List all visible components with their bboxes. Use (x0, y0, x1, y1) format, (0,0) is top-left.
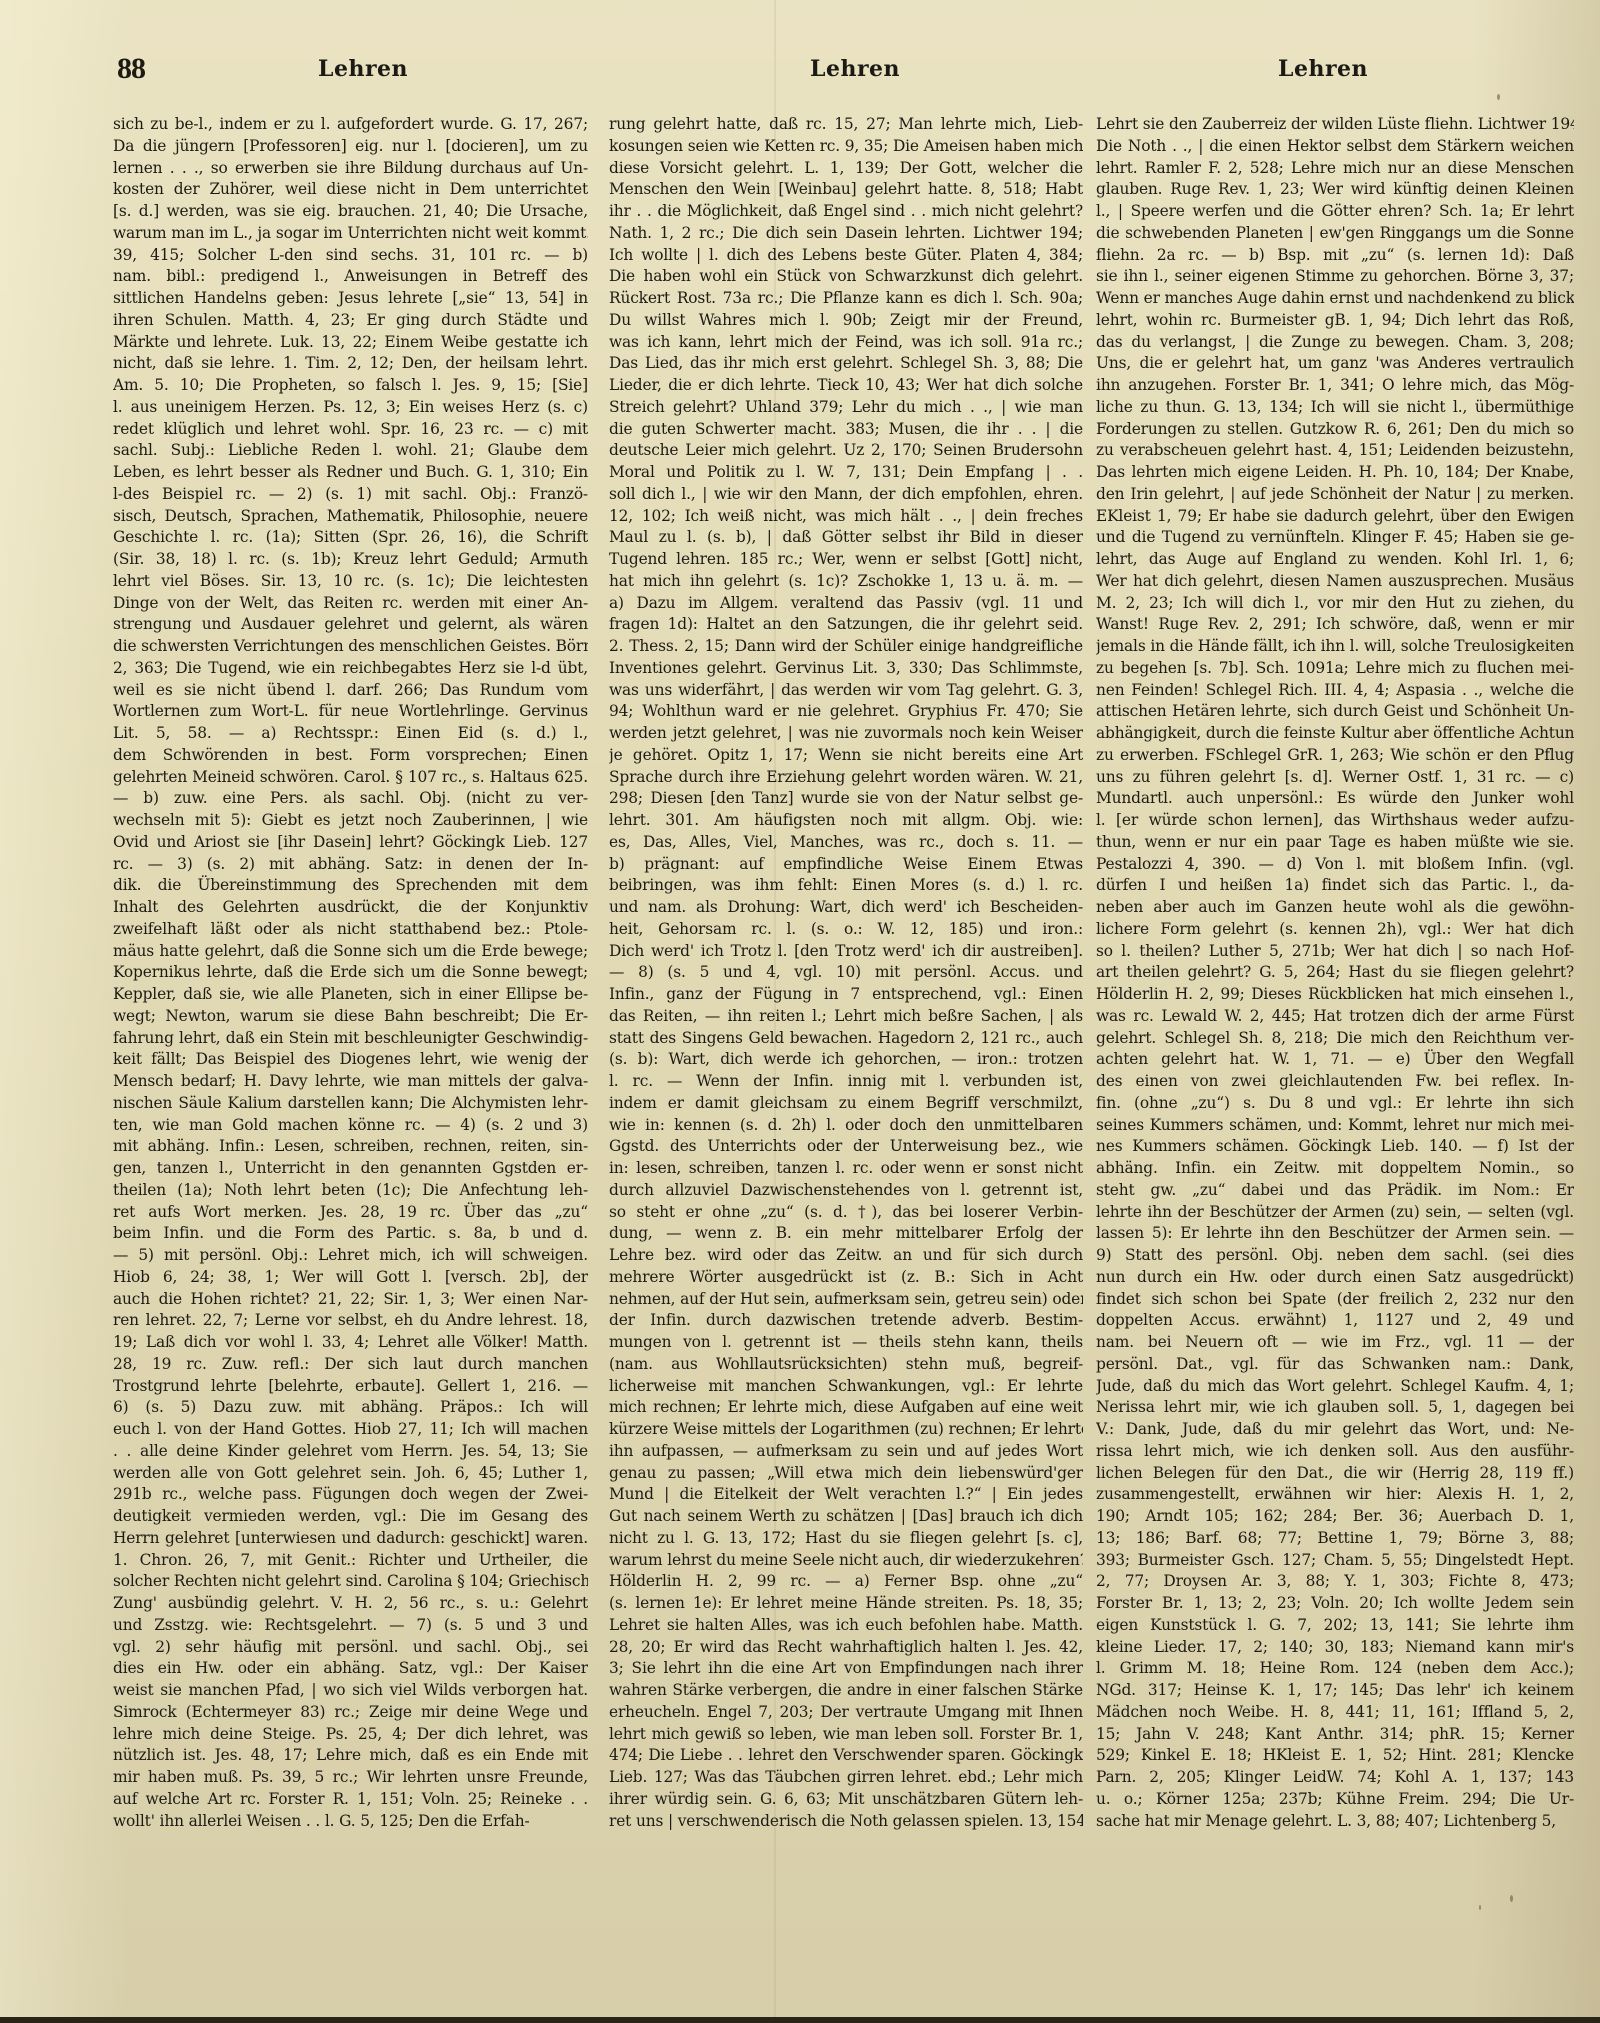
text-line: Da die jüngern [Professoren] eig. nur l.… (113, 136, 588, 158)
text-line: 12, 102; Ich weiß nicht, was mich hält .… (609, 506, 1083, 528)
text-line: 298; Diesen [den Tanz] wurde sie von der… (609, 788, 1083, 810)
text-line: nam. bibl.: predigend l., Anweisungen in… (113, 266, 588, 288)
text-line: doppelten Accus. erwähnt) 1, 1127 und 2,… (1096, 1310, 1574, 1332)
text-line: ten, wie man Gold machen könne rc. — 4) … (113, 1115, 588, 1137)
text-column-2: rung gelehrt hatte, daß rc. 15, 27; Man … (609, 114, 1083, 1832)
text-line: mungen von l. getrennt ist — theils steh… (609, 1332, 1083, 1354)
text-line: die guten Schwerter macht. 383; Musen, d… (609, 419, 1083, 441)
dictionary-page: 88 Lehren Lehren Lehren sich zu be-l., i… (0, 0, 1600, 2023)
page-number: 88 (117, 52, 145, 86)
text-line: die schwebenden Planeten | ew'gen Ringga… (1096, 223, 1574, 245)
text-line: steht gw. „zu“ dabei und das Prädik. im … (1096, 1180, 1574, 1202)
text-line: lehre mich deine Steige. Ps. 25, 4; Der … (113, 1724, 588, 1746)
text-line: beim Infin. und die Form des Partic. s. … (113, 1223, 588, 1245)
text-line: Lehre bez. wird oder das Zeitw. an und f… (609, 1245, 1083, 1267)
text-line: 6) (s. 5) Dazu zuw. mit abhäng. Präpos.:… (113, 1397, 588, 1419)
text-line: rissa lehrt mich, wie ich denken soll. A… (1096, 1441, 1574, 1463)
text-line: Mensch bedarf; H. Davy lehrte, wie man m… (113, 1071, 588, 1093)
text-line: sachl. Subj.: Liebliche Reden l. wohl. 2… (113, 440, 588, 462)
text-line: — b) zuw. eine Pers. als sachl. Obj. (ni… (113, 788, 588, 810)
text-line: Hölderlin H. 2, 99 rc. — a) Ferner Bsp. … (609, 1571, 1083, 1593)
text-line: lassen 5): Er lehrte ihn den Beschützer … (1096, 1223, 1574, 1245)
text-line: 3; Sie lehrt ihn die eine Art von Empfin… (609, 1658, 1083, 1680)
text-line: (s. b): Wart, dich werde ich gehorchen, … (609, 1049, 1083, 1071)
text-line: l., | Speere werfen und die Götter ehren… (1096, 201, 1574, 223)
text-line: Dinge von der Welt, das Reiten rc. werde… (113, 593, 588, 615)
text-line: lichere Form gelehrt (s. kennen 2h), vgl… (1096, 919, 1574, 941)
text-line: fahrung lehrt, daß ein Stein mit beschle… (113, 1028, 588, 1050)
text-line: wollt' ihn allerlei Weisen . . l. G. 5, … (113, 1811, 588, 1833)
text-line: Wenn er manches Auge dahin ernst und nac… (1096, 288, 1574, 310)
text-line: den Irin gelehrt, | auf jede Schönheit d… (1096, 484, 1574, 506)
text-line: 2, 363; Die Tugend, wie ein reichbegabte… (113, 658, 588, 680)
text-line: lehrt. 301. Am häufigsten noch mit allgm… (609, 810, 1083, 832)
text-line: l. Grimm M. 18; Heine Rom. 124 (neben de… (1096, 1658, 1574, 1680)
text-line: erheucheln. Engel 7, 203; Der vertraute … (609, 1702, 1083, 1724)
text-line: eigen Kunststück l. G. 7, 202; 13, 141; … (1096, 1615, 1574, 1637)
text-line: 28, 19 rc. Zuw. refl.: Der sich laut dur… (113, 1354, 588, 1376)
text-line: redet klüglich und lehret wohl. Spr. 16,… (113, 419, 588, 441)
text-line: 19; Laß dich vor wohl l. 33, 4; Lehret a… (113, 1332, 588, 1354)
text-line: (s. lernen 1e): Er lehret meine Hände st… (609, 1593, 1083, 1615)
text-line: zu begehen [s. 7b]. Sch. 1091a; Lehre mi… (1096, 658, 1574, 680)
text-line: . . alle deine Kinder gelehret vom Herrn… (113, 1441, 588, 1463)
text-line: je gehöret. Opitz 1, 17; Wenn sie nicht … (609, 745, 1083, 767)
text-line: sisch, Deutsch, Sprachen, Mathematik, Ph… (113, 506, 588, 528)
text-line: NGd. 317; Heinse K. 1, 17; 145; Das lehr… (1096, 1680, 1574, 1702)
text-line: sache hat mir Menage gelehrt. L. 3, 88; … (1096, 1811, 1574, 1833)
text-line: dung, — wenn z. B. ein mehr mittelbarer … (609, 1223, 1083, 1245)
text-line: nicht, daß sie lehre. 1. Tim. 2, 12; Den… (113, 353, 588, 375)
text-line: genau zu passen; „Will etwa mich dein li… (609, 1463, 1083, 1485)
text-line: ret aufs Wort merken. Jes. 28, 19 rc. Üb… (113, 1202, 588, 1224)
text-line: Lehret sie halten Alles, was ich euch be… (609, 1615, 1083, 1637)
text-line: nam. bei Neuern oft — wie im Frz., vgl. … (1096, 1332, 1574, 1354)
text-line: Das Lied, das ihr mich erst gelehrt. Sch… (609, 353, 1083, 375)
text-line: dik. die Übereinstimmung des Sprechenden… (113, 875, 588, 897)
text-line: Leben, es lehrt besser als Redner und Bu… (113, 462, 588, 484)
text-line: seines Kummers schämen, und: Kommt, lehr… (1096, 1115, 1574, 1137)
text-line: nun durch ein Hw. oder durch einen Satz … (1096, 1267, 1574, 1289)
text-line: auf welche Art rc. Forster R. 1, 151; Vo… (113, 1789, 588, 1811)
text-line: des einen von zwei gleichlautenden Fw. b… (1096, 1071, 1574, 1093)
text-line: lehrt, das Auge auf England zu wenden. K… (1096, 549, 1574, 571)
running-head-center: Lehren (810, 56, 900, 82)
text-line: Kopernikus lehrte, daß die Erde sich um … (113, 962, 588, 984)
text-line: werden jetzt gelehret, | was nie zuvorma… (609, 723, 1083, 745)
text-line: neben aber auch im Ganzen heute wohl als… (1096, 897, 1574, 919)
text-line: l-des Beispiel rc. — 2) (s. 1) mit sachl… (113, 484, 588, 506)
text-line: Maul zu l. (s. b), | daß Götter selbst i… (609, 527, 1083, 549)
text-line: Geschichte l. rc. (1a); Sitten (Spr. 26,… (113, 527, 588, 549)
text-line: zu verabscheuen gelehrt hast. 4, 151; Le… (1096, 440, 1574, 462)
text-line: es, Das, Alles, Viel, Manches, was rc., … (609, 832, 1083, 854)
text-line: Herrn gelehret [unterwiesen und dadurch:… (113, 1528, 588, 1550)
text-line: Sprache durch ihre Erziehung gelehrt wor… (609, 767, 1083, 789)
text-line: mehrere Wörter ausgedrückt ist (z. B.: S… (609, 1267, 1083, 1289)
text-line: sich zu be-l., indem er zu l. aufgeforde… (113, 114, 588, 136)
text-line: findet sich schon bei Spate (der freilic… (1096, 1289, 1574, 1311)
text-line: Dich werd' ich Trotz l. [den Trotz werd'… (609, 941, 1083, 963)
text-line: deutigkeit vermieden werden, vgl.: Die i… (113, 1506, 588, 1528)
paper-speck (1479, 1905, 1481, 1910)
text-line: 1. Chron. 26, 7, mit Genit.: Richter und… (113, 1550, 588, 1572)
text-line: M. 2, 23; Ich will dich l., vor mir den … (1096, 593, 1574, 615)
text-line: Die Noth . ., | die einen Hektor selbst … (1096, 136, 1574, 158)
text-line: [s. d.] werden, was sie eig. brauchen. 2… (113, 201, 588, 223)
text-line: werden alle von Gott gelehret sein. Joh.… (113, 1463, 588, 1485)
page-bottom-edge (0, 2017, 1600, 2023)
text-line: Du willst Wahres mich l. 90b; Zeigt mir … (609, 310, 1083, 332)
text-column-1: sich zu be-l., indem er zu l. aufgeforde… (113, 114, 588, 1832)
text-line: 291b rc., welche pass. Fügungen doch weg… (113, 1484, 588, 1506)
text-line: Forderungen zu stellen. Gutzkow R. 6, 26… (1096, 419, 1574, 441)
text-line: (nam. aus Wohllautsrücksichten) stehn mu… (609, 1354, 1083, 1376)
text-line: Menschen den Wein [Weinbau] gelehrt hatt… (609, 179, 1083, 201)
text-line: Hiob 6, 24; 38, 1; Wer will Gott l. [ver… (113, 1267, 588, 1289)
text-line: Parn. 2, 205; Klinger LeidW. 74; Kohl A.… (1096, 1767, 1574, 1789)
text-line: gelehrten Meineid schwören. Carol. § 107… (113, 767, 588, 789)
paper-speck (1497, 94, 1500, 100)
text-line: mich rechnen; Er lehrte mich, diese Aufg… (609, 1397, 1083, 1419)
text-line: thun, wenn er nur ein paar Tage es haben… (1096, 832, 1574, 854)
text-line: Am. 5. 10; Die Propheten, so falsch l. J… (113, 375, 588, 397)
text-line: wahren Stärke verbergen, die andre in ei… (609, 1680, 1083, 1702)
text-line: ihn anzugehen. Forster Br. 1, 341; O leh… (1096, 375, 1574, 397)
text-line: lehrt. Ramler F. 2, 528; Lehre mich nur … (1096, 158, 1574, 180)
text-line: sittlichen Handelns geben: Jesus lehrete… (113, 288, 588, 310)
text-line: Streich gelehrt? Uhland 379; Lehr du mic… (609, 397, 1083, 419)
text-line: 15; Jahn V. 248; Kant Anthr. 314; phR. 1… (1096, 1724, 1574, 1746)
paper-speck (1510, 1895, 1513, 1902)
text-line: nützlich ist. Jes. 48, 17; Lehre mich, d… (113, 1745, 588, 1767)
text-line: lehrte ihn der Beschützer der Armen (zu)… (1096, 1202, 1574, 1224)
text-line: ren lehret. 22, 7; Lerne vor selbst, eh … (113, 1310, 588, 1332)
text-line: ihren Schulen. Matth. 4, 23; Er ging dur… (113, 310, 588, 332)
text-line: statt des Singens Geld bewachen. Hagedor… (609, 1028, 1083, 1050)
text-line: Ich wollte | l. dich des Lebens beste Gü… (609, 245, 1083, 267)
text-line: deutsche Leier mich gelehrt. Uz 2, 170; … (609, 440, 1083, 462)
text-line: Hölderlin H. 2, 99; Dieses Rückblicken h… (1096, 984, 1574, 1006)
text-line: ihrer würdig sein. G. 6, 63; Mit unschät… (609, 1789, 1083, 1811)
text-line: lichen Belegen für den Dat., die wir (He… (1096, 1463, 1574, 1485)
text-line: 2. Thess. 2, 15; Dann wird der Schüler e… (609, 636, 1083, 658)
text-line: euch l. von der Hand Gottes. Hiob 27, 11… (113, 1419, 588, 1441)
running-head-left: Lehren (318, 56, 408, 82)
text-line: das du verlangst, | die Zunge zu bewegen… (1096, 332, 1574, 354)
text-line: Inventiones gelehrt. Gervinus Lit. 3, 33… (609, 658, 1083, 680)
text-line: was rc. Lewald W. 2, 445; Hat trotzen di… (1096, 1006, 1574, 1028)
text-line: was ich kann, lehrt mich der Feind, was … (609, 332, 1083, 354)
text-line: warum man im L., ja sogar im Unterrichte… (113, 223, 588, 245)
text-line: nicht zu l. G. 13, 172; Hast du sie flie… (609, 1528, 1083, 1550)
text-line: zweifelhaft läßt oder als nicht statthab… (113, 919, 588, 941)
text-line: l. [er würde schon lernen], das Wirthsha… (1096, 810, 1574, 832)
text-line: ihn aufpassen, — aufmerksam zu sein und … (609, 1441, 1083, 1463)
text-line: — 8) (s. 5 und 4, vgl. 10) mit persönl. … (609, 962, 1083, 984)
text-line: Lit. 5, 58. — a) Rechtsspr.: Einen Eid (… (113, 723, 588, 745)
text-line: der Infin. durch dazwischen tretende adv… (609, 1310, 1083, 1332)
text-line: was uns widerfährt, | das werden wir vom… (609, 680, 1083, 702)
text-line: das Reiten, — ihn reiten l.; Lehrt mich … (609, 1006, 1083, 1028)
text-line: achten gelehrt hat. W. 1, 71. — e) Über … (1096, 1049, 1574, 1071)
text-line: Die haben wohl ein Stück von Schwarzkuns… (609, 266, 1083, 288)
text-line: solcher Rechten nicht gelehrt sind. Caro… (113, 1571, 588, 1593)
text-line: Inhalt des Gelehrten ausdrückt, die der … (113, 897, 588, 919)
text-line: V.: Dank, Jude, daß du mir gelehrt das W… (1096, 1419, 1574, 1441)
text-line: licherweise mit manchen Schwankungen, vg… (609, 1376, 1083, 1398)
text-line: Wer hat dich gelehrt, diesen Namen auszu… (1096, 571, 1574, 593)
text-line: so steht er ohne „zu“ (s. d. †), das bei… (609, 1202, 1083, 1224)
text-line: weil es sie nicht übend l. darf. 266; Da… (113, 680, 588, 702)
text-line: und die Tugend zu vernünfteln. Klinger F… (1096, 527, 1574, 549)
text-line: zu erwerben. FSchlegel GrR. 1, 263; Wie … (1096, 745, 1574, 767)
text-line: glauben. Ruge Rev. 1, 23; Wer wird künft… (1096, 179, 1574, 201)
text-line: Jude, daß du mich das Wort gelehrt. Schl… (1096, 1376, 1574, 1398)
text-line: lehrt mich gewiß so leben, wie man leben… (609, 1724, 1083, 1746)
text-line: weist sie manchen Pfad, | wo sich viel W… (113, 1680, 588, 1702)
text-line: heit, Gehorsam rc. l. (s. o.: W. 12, 185… (609, 919, 1083, 941)
text-line: lernen . . ., so erwerben sie ihre Bildu… (113, 158, 588, 180)
text-line: wegt; Newton, warum sie diese Bahn besch… (113, 1006, 588, 1028)
text-line: Tugend lehren. 185 rc.; Wer, wenn er sel… (609, 549, 1083, 571)
text-line: ret uns | verschwenderisch die Noth gela… (609, 1811, 1083, 1833)
text-line: u. o.; Körner 125a; 237b; Kühne Freim. 2… (1096, 1789, 1574, 1811)
text-line: lehrt viel Böses. Sir. 13, 10 rc. (s. 1c… (113, 571, 588, 593)
text-line: mäus hatte gelehrt, daß die Sonne sich u… (113, 941, 588, 963)
text-line: Lieb. 127; Was das Täubchen girren lehre… (609, 1767, 1083, 1789)
text-line: liche zu thun. G. 13, 134; Ich will sie … (1096, 397, 1574, 419)
text-line: Forster Br. 1, 13; 2, 23; Voln. 20; Ich … (1096, 1593, 1574, 1615)
text-line: dies ein Hw. oder ein abhäng. Satz, vgl.… (113, 1658, 588, 1680)
text-line: und nam. als Drohung: Wart, dich werd' i… (609, 897, 1083, 919)
text-line: wechseln mit 5): Giebt es jetzt noch Zau… (113, 810, 588, 832)
text-line: mir haben muß. Ps. 39, 5 rc.; Wir lehrte… (113, 1767, 588, 1789)
text-line: beibringen, was ihm fehlt: Einen Mores (… (609, 875, 1083, 897)
text-line: jemals in die Hände fällt, ich ihn l. wi… (1096, 636, 1574, 658)
text-line: dürfen I und heißen 1a) findet sich das … (1096, 875, 1574, 897)
text-line: Moral und Politik zu l. W. 7, 131; Dein … (609, 462, 1083, 484)
text-line: strengung und Ausdauer gelehret und gele… (113, 614, 588, 636)
text-line: abhäng. Infin. ein Zeitw. mit doppeltem … (1096, 1158, 1574, 1180)
text-line: Uns, die er gelehrt hat, um ganz 'was An… (1096, 353, 1574, 375)
text-line: kleine Lieder. 17, 2; 140; 30, 183; Niem… (1096, 1637, 1574, 1659)
text-line: auch die Hohen richtet? 21, 22; Sir. 1, … (113, 1289, 588, 1311)
text-line: kosten der Zuhörer, weil diese nicht in … (113, 179, 588, 201)
text-line: soll dich l., | wie wir den Mann, der di… (609, 484, 1083, 506)
text-line: Zung' ausbündig gelehrt. V. H. 2, 56 rc.… (113, 1593, 588, 1615)
text-line: nen Feinden! Schlegel Rich. III. 4, 4; A… (1096, 680, 1574, 702)
text-line: l. rc. — Wenn der Infin. innig mit l. ve… (609, 1071, 1083, 1093)
running-head-right: Lehren (1278, 56, 1368, 82)
text-line: zusammengestellt, erwähnen wir hier: Ale… (1096, 1484, 1574, 1506)
text-line: EKleist 1, 79; Er habe sie dadurch geleh… (1096, 506, 1574, 528)
text-line: Trostgrund lehrte [belehrte, erbaute]. G… (113, 1376, 588, 1398)
text-line: l. aus uneinigem Herzen. Ps. 12, 3; Ein … (113, 397, 588, 419)
text-line: 28, 20; Er wird das Recht wahrhaftiglich… (609, 1637, 1083, 1659)
text-line: fragen 1d): Haltet an den Satzungen, die… (609, 614, 1083, 636)
text-line: Infin., ganz der Fügung in 7 entsprechen… (609, 984, 1083, 1006)
text-line: nischen Säule Kalium darstellen kann; Di… (113, 1093, 588, 1115)
text-line: (Sir. 38, 18) l. rc. (s. 1b); Kreuz lehr… (113, 549, 588, 571)
text-line: diese Vorsicht gelehrt. L. 1, 139; Der G… (609, 158, 1083, 180)
text-line: kosungen seien wie Ketten rc. 9, 35; Die… (609, 136, 1083, 158)
text-line: nehmen, auf der Hut sein, aufmerksam sei… (609, 1289, 1083, 1311)
text-line: indem er damit gleichsam zu einem Begrif… (609, 1093, 1083, 1115)
text-line: attischen Hetären lehrte, sich durch Gei… (1096, 701, 1574, 723)
text-line: hat mich ihn gelehrt (s. 1c)? Zschokke 1… (609, 571, 1083, 593)
text-line: 393; Burmeister Gsch. 127; Cham. 5, 55; … (1096, 1550, 1574, 1572)
text-line: b) prägnant: auf empfindliche Weise Eine… (609, 854, 1083, 876)
text-line: Wortlernen zum Wort-L. für neue Wortlehr… (113, 701, 588, 723)
text-line: 13; 186; Barf. 68; 77; Bettine 1, 79; Bö… (1096, 1528, 1574, 1550)
text-line: art theilen gelehrt? G. 5, 264; Hast du … (1096, 962, 1574, 984)
text-line: warum lehrst du meine Seele nicht auch, … (609, 1550, 1083, 1572)
text-line: Rückert Rost. 73a rc.; Die Pflanze kann … (609, 288, 1083, 310)
text-line: rung gelehrt hatte, daß rc. 15, 27; Man … (609, 114, 1083, 136)
text-line: — 5) mit persönl. Obj.: Lehret mich, ich… (113, 1245, 588, 1267)
text-line: und Zsstzg. wie: Rechtsgelehrt. — 7) (s.… (113, 1615, 588, 1637)
text-line: 474; Die Liebe . . lehret den Verschwend… (609, 1745, 1083, 1767)
text-line: 39, 415; Solcher L-den sind sechs. 31, 1… (113, 245, 588, 267)
text-line: mit abhäng. Infin.: Lesen, schreiben, re… (113, 1136, 588, 1158)
text-line: Lieder, die er dich lehrte. Tieck 10, 43… (609, 375, 1083, 397)
text-line: Simrock (Echtermeyer 83) rc.; Zeige mir … (113, 1702, 588, 1724)
text-line: lehrt, wohin rc. Burmeister gB. 1, 94; D… (1096, 310, 1574, 332)
text-line: die schwersten Verrichtungen des menschl… (113, 636, 588, 658)
text-line: dem Schwörenden in best. Form vorspreche… (113, 745, 588, 767)
text-line: Das lehrten mich eigene Leiden. H. Ph. 1… (1096, 462, 1574, 484)
text-line: nes Kummers schämen. Göckingk Lieb. 140.… (1096, 1136, 1574, 1158)
text-line: Lehrt sie den Zauberreiz der wilden Lüst… (1096, 114, 1574, 136)
text-line: vgl. 2) sehr häufig mit persönl. und sac… (113, 1637, 588, 1659)
text-line: Pestalozzi 4, 390. — d) Von l. mit bloße… (1096, 854, 1574, 876)
text-line: 94; Wohlthun ward er nie gelehret. Gryph… (609, 701, 1083, 723)
text-line: gen, tanzen l., Unterricht in den genann… (113, 1158, 588, 1180)
text-line: abhängigkeit, durch die feinste Kultur a… (1096, 723, 1574, 745)
text-line: gelehrt. Schlegel Sh. 8, 218; Die mich d… (1096, 1028, 1574, 1050)
text-line: Gut nach seinem Werth zu schätzen | [Das… (609, 1506, 1083, 1528)
text-line: in: lesen, schreiben, tanzen l. rc. oder… (609, 1158, 1083, 1180)
text-line: ihr . . die Möglichkeit, daß Engel sind … (609, 201, 1083, 223)
text-line: persönl. Dat., vgl. für das Schwanken na… (1096, 1354, 1574, 1376)
text-line: wie in: kennen (s. d. 2h) l. oder doch d… (609, 1115, 1083, 1137)
text-line: rc. — 3) (s. 2) mit abhäng. Satz: in den… (113, 854, 588, 876)
text-line: Ovid und Ariost sie [ihr Dasein] lehrt? … (113, 832, 588, 854)
text-line: kürzere Weise mittels der Logarithmen (z… (609, 1419, 1083, 1441)
text-line: Ggstd. des Unterrichts oder der Unterwei… (609, 1136, 1083, 1158)
text-line: 190; Arndt 105; 162; 284; Ber. 36; Auerb… (1096, 1506, 1574, 1528)
text-line: 529; Kinkel E. 18; HKleist E. 1, 52; Hin… (1096, 1745, 1574, 1767)
text-line: Nath. 1, 2 rc.; Die dich sein Dasein leh… (609, 223, 1083, 245)
text-line: fin. (ohne „zu“) s. Du 8 und vgl.: Er le… (1096, 1093, 1574, 1115)
text-line: theilen (1a); Noth lehrt beten (1c); Die… (113, 1180, 588, 1202)
text-column-3: Lehrt sie den Zauberreiz der wilden Lüst… (1096, 114, 1574, 1832)
text-line: Mädchen noch Weibe. H. 8, 441; 11, 161; … (1096, 1702, 1574, 1724)
text-line: durch allzuviel Dazwischenstehendes von … (609, 1180, 1083, 1202)
text-line: fliehn. 2a rc. — b) Bsp. mit „zu“ (s. le… (1096, 245, 1574, 267)
text-line: Märkte und lehrete. Luk. 13, 22; Einem W… (113, 332, 588, 354)
text-line: Mund | die Eitelkeit der Welt verachten … (609, 1484, 1083, 1506)
text-line: 2, 77; Droysen Ar. 3, 88; Y. 1, 303; Fic… (1096, 1571, 1574, 1593)
text-line: 9) Statt des persönl. Obj. neben dem sac… (1096, 1245, 1574, 1267)
text-line: Wanst! Ruge Rev. 2, 291; Ich schwöre, da… (1096, 614, 1574, 636)
text-line: sie ihn l., seiner eigenen Stimme zu geh… (1096, 266, 1574, 288)
text-line: a) Dazu im Allgem. veraltend das Passiv … (609, 593, 1083, 615)
text-line: so l. theilen? Luther 5, 271b; Wer hat d… (1096, 941, 1574, 963)
text-line: uns zu führen gelehrt [s. d]. Werner Ost… (1096, 767, 1574, 789)
text-line: Nerissa lehrt mir, wie ich glauben soll.… (1096, 1397, 1574, 1419)
text-line: Keppler, daß sie, wie alle Planeten, sic… (113, 984, 588, 1006)
text-line: keit fällt; Das Beispiel des Diogenes le… (113, 1049, 588, 1071)
text-line: Mundartl. auch unpersönl.: Es würde den … (1096, 788, 1574, 810)
